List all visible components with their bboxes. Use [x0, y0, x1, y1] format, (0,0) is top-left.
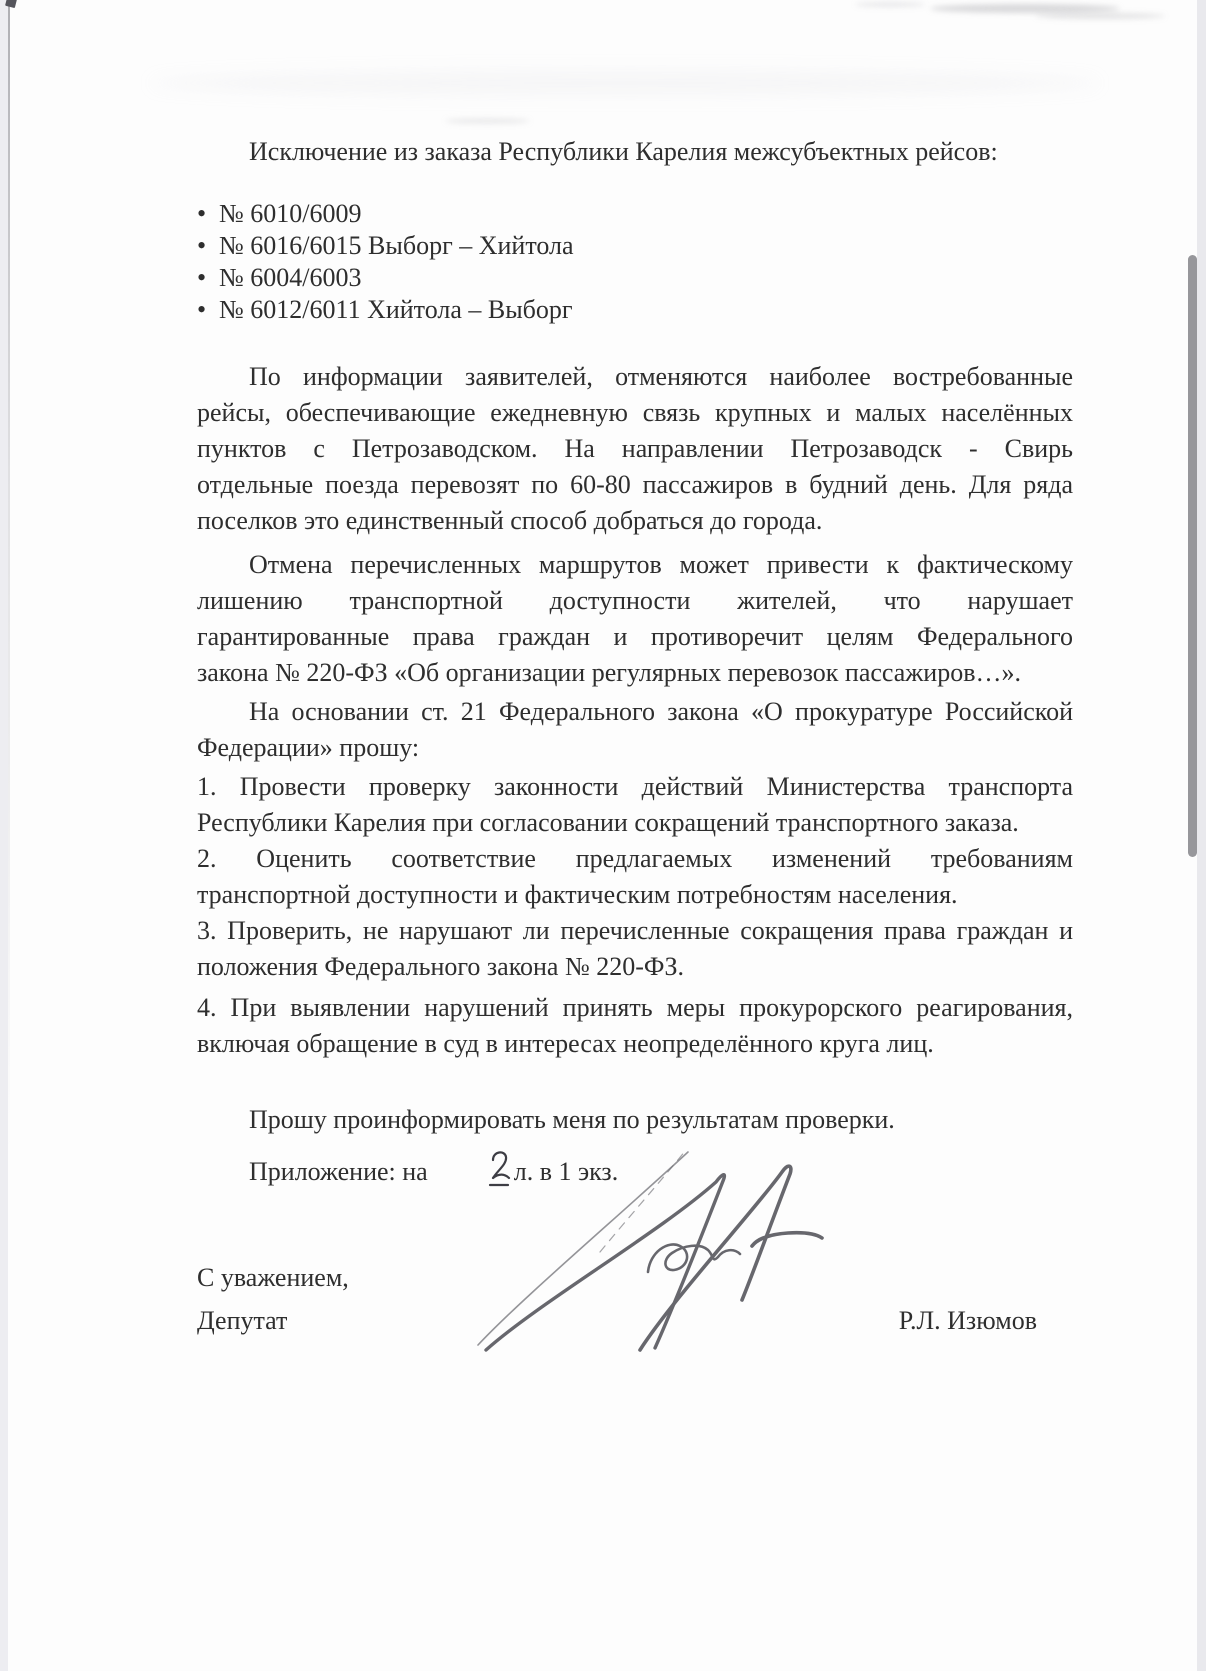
letter-line: 1. Провести проверку законности действий… [197, 769, 1073, 805]
scrollbar-thumb[interactable] [1188, 255, 1197, 857]
letter-line: Федерации» прошу: [197, 730, 1073, 766]
letter-line: 3. Проверить, не нарушают ли перечисленн… [197, 913, 1073, 949]
para-cancelled-routes: По информации заявителей, отменяются наи… [197, 359, 1073, 539]
letter-line: рейсы, обеспечивающие ежедневную связь к… [197, 395, 1073, 431]
signer-position: Депутат [197, 1303, 287, 1339]
letter-line: Отмена перечисленных маршрутов может при… [197, 547, 1073, 583]
letter-line: гарантированные права граждан и противор… [197, 619, 1073, 655]
para-consequences: Отмена перечисленных маршрутов может при… [197, 547, 1073, 691]
request-item-2: 2. Оценить соответствие предлагаемых изм… [197, 841, 1073, 913]
request-item-3: 3. Проверить, не нарушают ли перечисленн… [197, 913, 1073, 985]
letter-line: включая обращение в суд в интересах неоп… [197, 1026, 1073, 1062]
signer-name: Р.Л. Изюмов [899, 1303, 1073, 1339]
letter-line: лишению транспортной доступности жителей… [197, 583, 1073, 619]
attachment-line: Приложение: на 2л. в 1 экз. [197, 1147, 1073, 1201]
letter-line: положения Федерального закона № 220-ФЗ. [197, 949, 1073, 985]
signature-salutation: С уважением, [197, 1260, 1073, 1296]
bullet-icon: • [197, 198, 219, 230]
letter-line: По информации заявителей, отменяются наи… [197, 359, 1073, 395]
request-item-1: 1. Провести проверку законности действий… [197, 769, 1073, 841]
letter-line: закона № 220-ФЗ «Об организации регулярн… [197, 655, 1073, 691]
route-bullet-list: •№ 6010/6009•№ 6016/6015 Выборг – Хийтол… [197, 198, 1073, 326]
letter-line: 2. Оценить соответствие предлагаемых изм… [197, 841, 1073, 877]
page-edge-line [8, 0, 10, 1250]
letter-line: транспортной доступности и фактическим п… [197, 877, 1073, 913]
letter-line: пунктов с Петрозаводском. На направлении… [197, 431, 1073, 467]
route-bullet-item: •№ 6012/6011 Хийтола – Выборг [197, 294, 1073, 326]
route-bullet-item: •№ 6016/6015 Выборг – Хийтола [197, 230, 1073, 262]
letter-paragraphs: По информации заявителей, отменяются наи… [197, 359, 1073, 1062]
scanned-letter-page: Исключение из заказа Республики Карелия … [0, 0, 1206, 1671]
letter-line: На основании ст. 21 Федерального закона … [197, 694, 1073, 730]
bullet-icon: • [197, 230, 219, 262]
page-left-edge [0, 0, 8, 1671]
letter-title: Исключение из заказа Республики Карелия … [197, 134, 1073, 170]
bullet-icon: • [197, 262, 219, 294]
route-bullet-item: •№ 6010/6009 [197, 198, 1073, 230]
letter-line: Республики Карелия при согласовании сокр… [197, 805, 1073, 841]
letter-line: 4. При выявлении нарушений принять меры … [197, 990, 1073, 1026]
para-legal-basis: На основании ст. 21 Федерального закона … [197, 694, 1073, 766]
route-bullet-item: •№ 6004/6003 [197, 262, 1073, 294]
signature-row: Депутат Р.Л. Изюмов [197, 1303, 1073, 1339]
letter-line: отдельные поезда перевозят по 60-80 пасс… [197, 467, 1073, 503]
attachment-suffix: л. в 1 экз. [514, 1157, 618, 1186]
request-item-4: 4. При выявлении нарушений принять меры … [197, 990, 1073, 1062]
bullet-icon: • [197, 294, 219, 326]
letter-line: поселков это единственный способ добрать… [197, 503, 1073, 539]
handwritten-sheet-count: 2 [434, 1147, 512, 1201]
letter-body: Исключение из заказа Республики Карелия … [197, 0, 1073, 1339]
viewer-right-margin [1197, 0, 1206, 1671]
attachment-prefix: Приложение: на [249, 1157, 428, 1186]
inform-request-line: Прошу проинформировать меня по результат… [197, 1102, 1073, 1138]
